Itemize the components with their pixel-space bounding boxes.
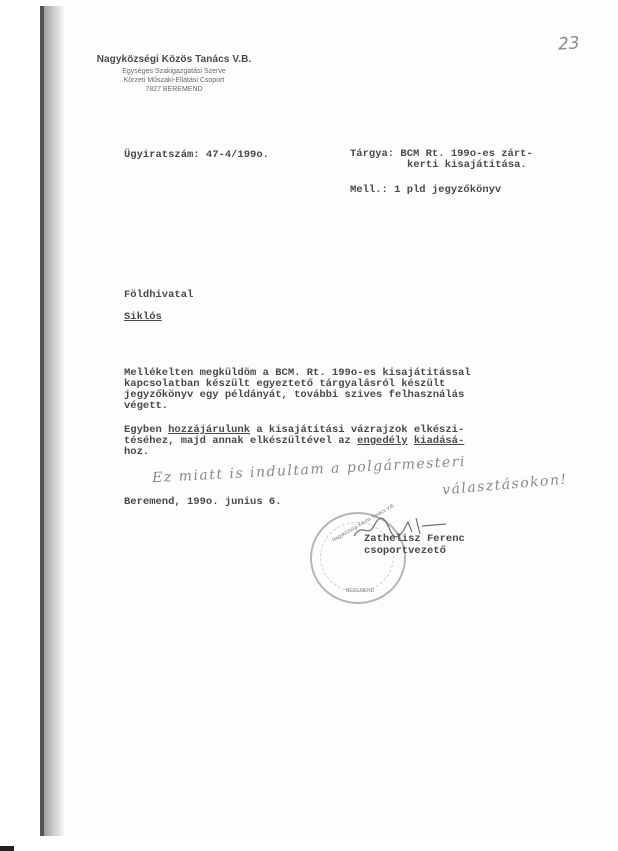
- body-line: téséhez, majd annak elkészültével az eng…: [124, 436, 464, 447]
- letterhead-department: Egységes Szakigazgatási Szerve: [84, 68, 264, 75]
- stamp-bottom-text: BEREMEND: [346, 588, 374, 594]
- date-line: Beremend, 199o. junius 6.: [124, 497, 282, 508]
- subject-block: Tárgya: BCM Rt. 199o-es zárt- kerti kisa…: [350, 149, 533, 171]
- letterhead-group: Körzeti Műszaki-Ellátási Csoport: [84, 77, 264, 84]
- scan-artifact: [0, 846, 14, 851]
- document-page: [40, 6, 618, 836]
- letterhead-address: 7827 BEREMEND: [84, 86, 264, 93]
- subject-label: Tárgya:: [350, 148, 394, 160]
- addressee-city: Siklós: [124, 312, 162, 323]
- page-border: [40, 6, 44, 836]
- signer-name: Zathelisz Ferenc: [364, 534, 465, 545]
- addressee-name: Földhivatal: [124, 290, 193, 301]
- subject-line-2: kerti kisajátitása.: [407, 159, 527, 171]
- underlined-issuance: kiadásá-: [414, 435, 464, 447]
- enclosure: Mell.: 1 pld jegyzőkönyv: [350, 185, 501, 196]
- text-span: téséhez, majd annak elkészültével az: [124, 435, 357, 447]
- underlined-permit: engedély: [357, 435, 407, 447]
- letterhead-authority: Nagyközségi Közös Tanács V.B.: [84, 54, 264, 65]
- body-line: végett.: [124, 401, 471, 412]
- body-line: jegyzőkönyv egy példányát, további szive…: [124, 390, 471, 401]
- signer-title: csoportvezető: [364, 546, 446, 557]
- body-paragraph-1: Mellékelten megküldöm a BCM. Rt. 199o-es…: [124, 368, 471, 412]
- handwritten-page-number: 23: [557, 33, 580, 54]
- reference-number: Ügyiratszám: 47-4/199o.: [124, 150, 269, 161]
- letterhead: Nagyközségi Közös Tanács V.B. Egységes S…: [84, 54, 264, 93]
- body-paragraph-2: Egyben hozzájárulunk a kisajátitási vázr…: [124, 425, 464, 458]
